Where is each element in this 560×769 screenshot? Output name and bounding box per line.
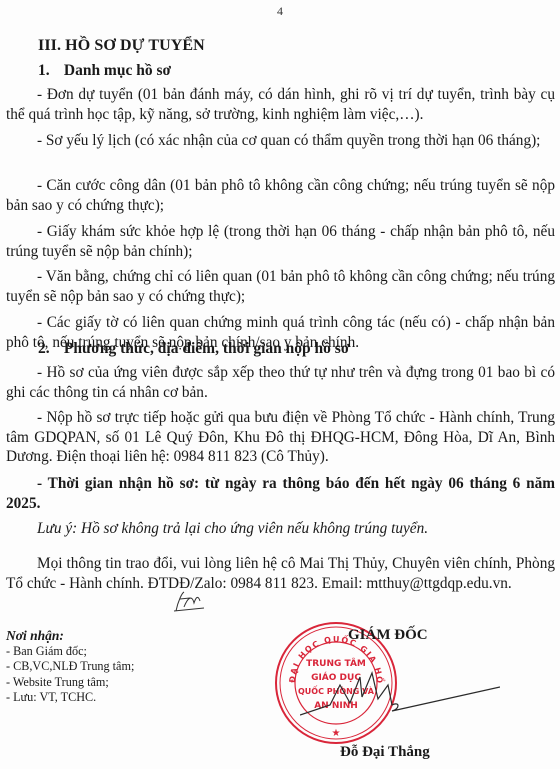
svg-text:★: ★: [332, 728, 341, 739]
page-number: 4: [0, 4, 560, 19]
subsection-2-number: 2.: [38, 340, 60, 358]
list-item: - Giấy khám sức khỏe hợp lệ (trong thời …: [6, 222, 555, 261]
contact-paragraph: Mọi thông tin trao đổi, vui lòng liên hệ…: [6, 554, 555, 593]
list-item: - Đơn dự tuyển (01 bản đánh máy, có dán …: [6, 85, 555, 124]
initial-mark-icon: [170, 589, 210, 615]
subsection-1-heading: 1. Danh mục hồ sơ: [38, 62, 171, 80]
section-heading: III. HỒ SƠ DỰ TUYỂN: [38, 37, 205, 55]
signer-name: Đỗ Đại Thắng: [340, 744, 430, 761]
subsection-2-title: Phương thức, địa điểm, thời gian nộp hồ …: [64, 340, 350, 357]
signature-icon: [300, 665, 500, 725]
list-item: - Nộp hồ sơ trực tiếp hoặc gửi qua bưu đ…: [6, 408, 555, 467]
deadline-text: - Thời gian nhận hồ sơ: từ ngày ra thông…: [6, 474, 555, 513]
recipient-item: - CB,VC,NLĐ Trung tâm;: [6, 659, 134, 674]
signer-title: GIÁM ĐỐC: [348, 627, 428, 644]
subsection-2-heading: 2. Phương thức, địa điểm, thời gian nộp …: [38, 340, 349, 358]
note-text: Lưu ý: Hồ sơ không trả lại cho ứng viên …: [6, 519, 555, 539]
recipients-title: Nơi nhận:: [6, 628, 134, 643]
list-item: - Căn cước công dân (01 bản phô tô không…: [6, 176, 555, 215]
subsection-1-number: 1.: [38, 62, 60, 80]
recipient-item: - Lưu: VT, TCHC.: [6, 690, 134, 705]
recipients-block: Nơi nhận: - Ban Giám đốc; - CB,VC,NLĐ Tr…: [6, 628, 134, 705]
recipient-item: - Ban Giám đốc;: [6, 644, 134, 659]
document-page: 4 III. HỒ SƠ DỰ TUYỂN 1. Danh mục hồ sơ …: [0, 0, 560, 769]
recipient-item: - Website Trung tâm;: [6, 675, 134, 690]
subsection-1-title: Danh mục hồ sơ: [64, 62, 171, 79]
list-item: - Hồ sơ của ứng viên được sắp xếp theo t…: [6, 363, 555, 402]
list-item: - Văn bằng, chứng chỉ có liên quan (01 b…: [6, 267, 555, 306]
list-item: - Sơ yếu lý lịch (có xác nhận của cơ qua…: [6, 131, 555, 151]
